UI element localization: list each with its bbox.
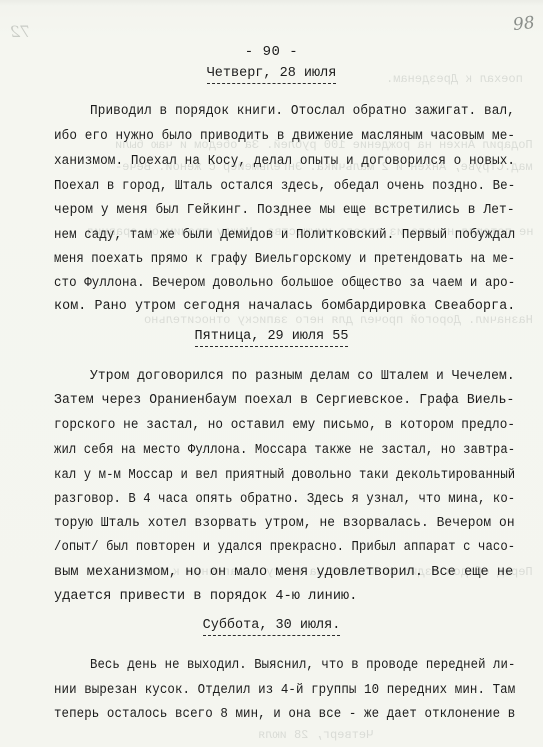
archive-folio-number: 98 bbox=[512, 13, 536, 35]
text-line: ибо его нужно было приводить в движение … bbox=[54, 129, 515, 144]
text-line: ком. Рано утром сегодня началась бомбард… bbox=[54, 299, 515, 314]
document-page: поехал к Дрезденам. Подарил Анхен на рож… bbox=[0, 0, 543, 747]
text-line: /опыт/ был повторен и удался прекрасно. … bbox=[54, 540, 515, 555]
text-line: чером у меня был Гейкинг. Позднее мы еще… bbox=[54, 203, 515, 218]
text-line: Поехал в город, Шталь остался здесь, обе… bbox=[54, 179, 515, 194]
entry-heading-text: Четверг, 28 июля bbox=[207, 66, 337, 84]
ghost-page-number: 72 bbox=[10, 22, 30, 41]
bleed-through-text: Четверг, 28 июля bbox=[258, 728, 373, 742]
page-number: - 90 - bbox=[0, 44, 543, 60]
text-line: Весь день не выходил. Выяснил, что в про… bbox=[90, 658, 515, 673]
text-line: жил себя на место Фуллона. Моссара также… bbox=[54, 443, 515, 458]
text-line: Приводил в порядок книги. Отослал обратн… bbox=[90, 104, 515, 119]
text-line: Утром договорился по разным делам со Шта… bbox=[90, 369, 515, 384]
text-line: нем саду, там же были Демидов и Политков… bbox=[54, 228, 515, 243]
text-line: вым механизмом, но он мало меня удовлетв… bbox=[54, 565, 513, 580]
entry-heading-text: Пятница, 29 июля 55 bbox=[195, 329, 349, 347]
entry-heading: Суббота, 30 июля. bbox=[0, 618, 543, 636]
text-line: кал у м-м Моссар и вел приятный довольно… bbox=[54, 468, 515, 483]
text-line: торую Шталь хотел взорвать утром, не взо… bbox=[54, 516, 515, 531]
text-line: горского не застал, но оставил ему письм… bbox=[54, 418, 515, 433]
entry-heading-text: Суббота, 30 июля. bbox=[203, 618, 341, 636]
text-line: нии вырезан кусок. Отделил из 4-й группы… bbox=[54, 683, 515, 698]
text-line: ханизмом. Поехал на Косу, делал опыты и … bbox=[54, 154, 515, 169]
bleed-through-text: Назначил. Дорогой прочел для него записк… bbox=[144, 313, 533, 327]
entry-heading: Четверг, 28 июля bbox=[0, 66, 543, 84]
entry-heading: Пятница, 29 июля 55 bbox=[0, 329, 543, 347]
text-line: меня поехать прямо к графу Виельгорскому… bbox=[54, 252, 515, 267]
text-line: разговор. В 4 часа опять обратно. Здесь … bbox=[54, 492, 515, 507]
text-line: сто Фуллона. Вечером довольно большое об… bbox=[54, 276, 515, 291]
text-line: теперь осталось всего 8 мин, и она все -… bbox=[54, 707, 515, 722]
text-line: Затем через Ораниенбаум поехал в Сергиев… bbox=[54, 393, 514, 408]
text-line: удается привести в порядок 4-ю линию. bbox=[54, 589, 357, 604]
